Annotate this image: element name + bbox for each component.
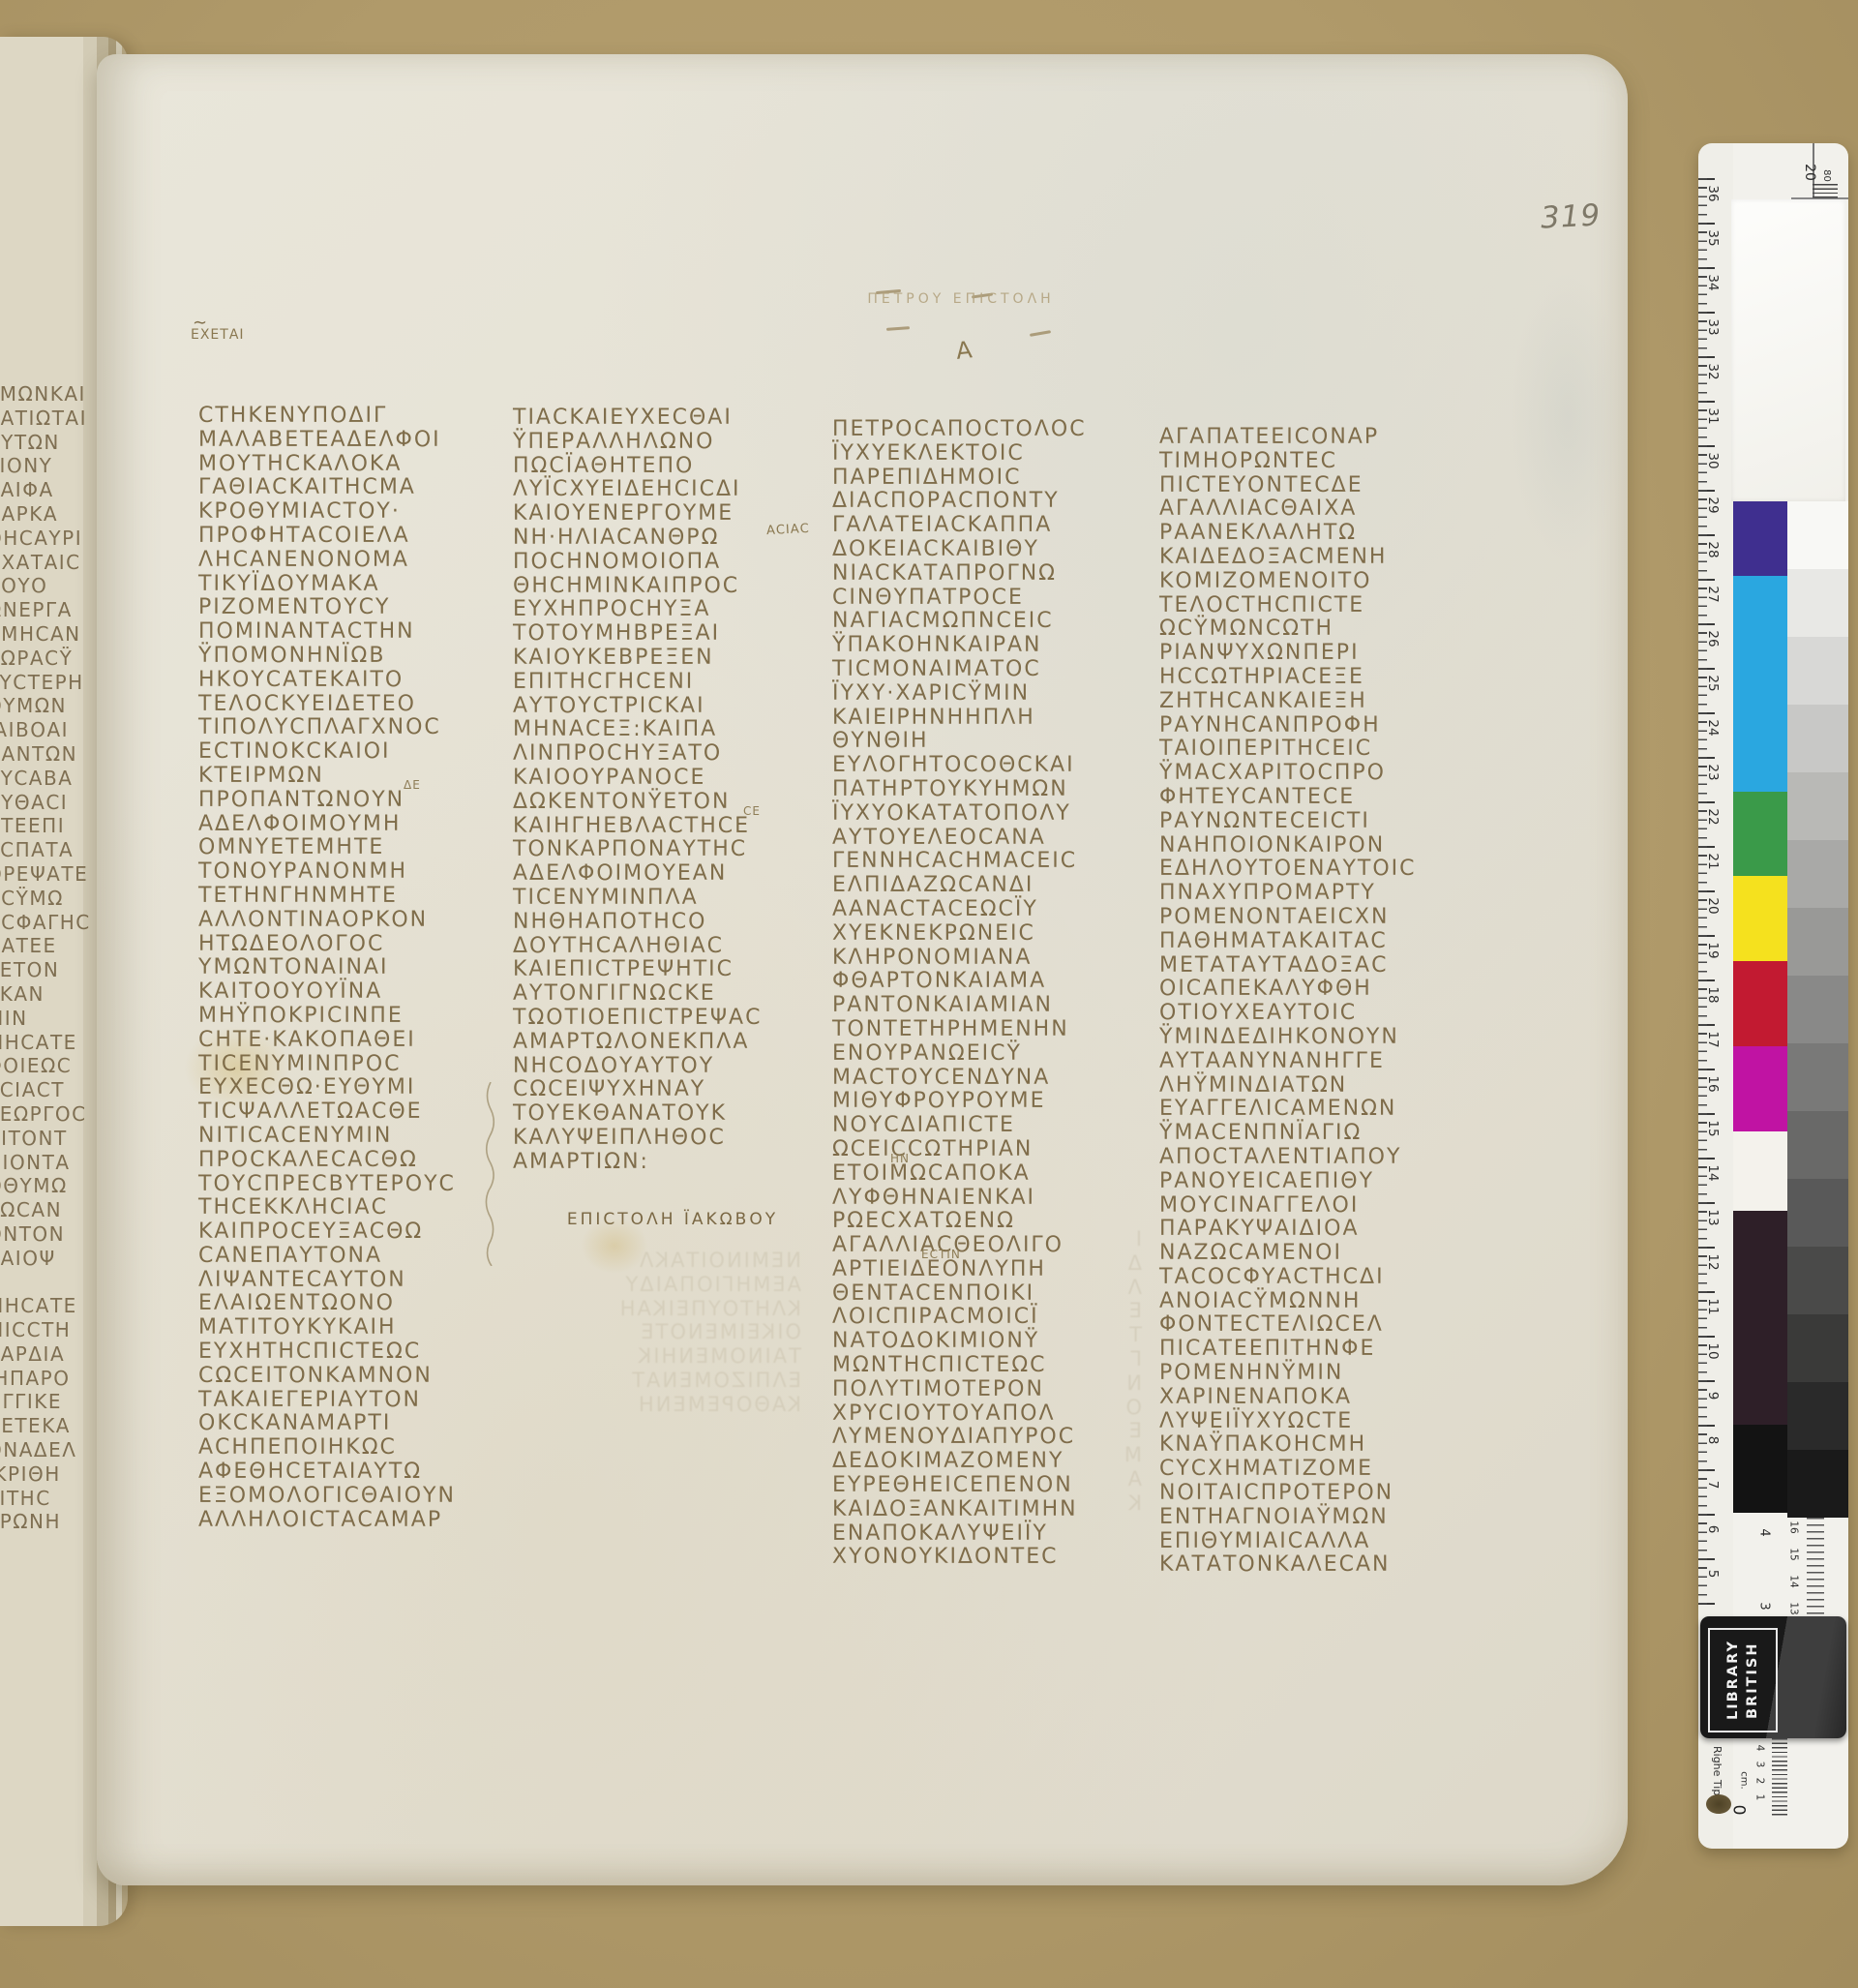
manuscript-line: ΟΙCΑΠΕΚΑΛΥΦΘΗ xyxy=(1159,978,1483,1002)
facing-page-fragment: ΟΝΑΔΕΛ xyxy=(0,1438,85,1462)
manuscript-line: ΕΝΟΥΡΑΝΩΕΙCΫ xyxy=(832,1042,1155,1067)
manuscript-line: ΕΛΑΙΩΕΝΤΩΟΝΟ xyxy=(198,1292,522,1316)
ruler-number: 17 xyxy=(1705,1025,1721,1054)
manuscript-line: ΤΑΙΟΙΠΕΡΙΤΗCΕΙC xyxy=(1159,738,1483,762)
manuscript-line: ΠΑΤΗΡΤΟΥΚΥΗΜΩΝ xyxy=(832,778,1155,802)
facing-page-fragment: ΙΚΡΙΘΗ xyxy=(0,1462,85,1487)
manuscript-line: ΠΝΑΧΥΠΡΟΜΑΡΤΥ xyxy=(1159,882,1483,906)
ruler-number: 31 xyxy=(1705,402,1721,431)
manuscript-line: ΚΑΤΑΤΟΝΚΑΛΕCΑΝ xyxy=(1159,1553,1483,1578)
manuscript-line: ΩCΕΙCCΩΤΗΡΙΑΝ xyxy=(832,1138,1155,1162)
manuscript-line: ΕΠΙΤΗCΓΗCΕΝΙ xyxy=(513,671,836,695)
ruler-number: 29 xyxy=(1705,491,1721,520)
manuscript-line: ΑΜΑΡΤΙΩΝ: xyxy=(513,1151,836,1175)
james-subscription: ΕΠΙCΤΟΛΗ ΪΑΚΩΒΟΥ xyxy=(527,1210,818,1229)
manuscript-line: ΑΥΤΑΑΝΥΝΑΝΗΓΓΕ xyxy=(1159,1050,1483,1074)
ruler-number: 26 xyxy=(1705,624,1721,653)
manuscript-line: ΝΙΤΙCΑCΕΝΥΜΙΝ xyxy=(198,1125,522,1149)
facing-page-fragment: ΠΙΟΝΤΑ xyxy=(0,1151,85,1175)
ghost-line: ΑΕΜΗΓΙΟΠΑΙΔΥ xyxy=(530,1273,801,1297)
library-label-word: LIBRARY xyxy=(1725,1632,1741,1729)
grayscale-step xyxy=(1787,501,1848,569)
text-column-1: CΤΗΚΕΝΥΠΟΔΙΓΜΑΛΑΒΕΤΕΑΔΕΛΦΟΙΜΟΥΤΗCΚΑΛΟΚΑΓ… xyxy=(198,405,522,1532)
facing-page-fragment: ΤΕΤΟΝ xyxy=(0,958,85,982)
ghost-line: ΤΑΙΝΟΜΕΝΗΙΚ xyxy=(530,1344,801,1369)
manuscript-line: ΛΗCΑΝΕΝΟΝΟΜΑ xyxy=(198,549,522,573)
interlinear-correction: CΕ xyxy=(743,804,761,818)
manuscript-line: ΑΠΟCΤΑΛΕΝΤΙΑΠΟΥ xyxy=(1159,1146,1483,1170)
manuscript-line: ΜΩΝΤΗCΠΙCΤΕΩC xyxy=(832,1354,1155,1378)
ruler-number: 19 xyxy=(1705,936,1721,965)
manuscript-line: ΤΙΜΗΟΡΩΝΤΕC xyxy=(1159,450,1483,474)
manuscript-line: ΤΑΚΑΙΕΓΕΡΙΑΥΤΟΝ xyxy=(198,1389,522,1413)
facing-page-fragment: CΑΡΚΑ xyxy=(0,502,85,527)
manuscript-line: ΕΠΙΘΥΜΙΑΙCΑΛΛΑ xyxy=(1159,1530,1483,1554)
manuscript-line: CΑΝΕΠΑΥΤΟΝΑ xyxy=(198,1245,522,1269)
manuscript-line: ΛΥΨΕΙΪΥΧΥΩCΤΕ xyxy=(1159,1410,1483,1434)
manuscript-line: ΜΗΫΠΟΚΡΙCΙΝΠΕ xyxy=(198,1005,522,1029)
facing-page-fragment: ΥΜΩΝΚΑΙ xyxy=(0,382,85,407)
manuscript-line: ΔΕΔΟΚΙΜΑΖΟΜΕΝΥ xyxy=(832,1450,1155,1474)
ghost-letter: Μ xyxy=(1109,1443,1142,1467)
manuscript-line: ΫΜΑCΕΝΠΝΪΑΓΙΩ xyxy=(1159,1122,1483,1146)
grayscale-step xyxy=(1787,1179,1848,1247)
manuscript-line: ΜΙΘΥΦΡΟΥΡΟΥΜΕ xyxy=(832,1090,1155,1114)
grayscale-step xyxy=(1787,1111,1848,1179)
ghost-letter: Τ xyxy=(1109,1323,1142,1347)
bottom-ruler-zero: 0 xyxy=(1728,1805,1748,1816)
manuscript-line: ΡΑΥΝΩΝΤΕCΕΙCΤΙ xyxy=(1159,810,1483,834)
ruler-number: 15 xyxy=(1705,1114,1721,1143)
ghost-letter: Ν xyxy=(1109,1371,1142,1396)
facing-page-fragment: ΚΑΡΔΙΑ xyxy=(0,1342,85,1367)
bleedthrough-text: ΝΕΜΙΝΟΙΤΑΚΛΑΕΜΗΓΙΟΠΑΙΔΥΚΛΗΤΟΥΠΕΙΚΑΗΟΙΚΕΙ… xyxy=(530,1249,801,1417)
ruler-number: 28 xyxy=(1705,535,1721,564)
facing-page-fragment: ΚΑΤΙΩΤΑΙ xyxy=(0,407,85,431)
facing-page-fragment: ΥΚΑΝ xyxy=(0,982,85,1007)
grayscale-step xyxy=(1787,976,1848,1043)
manuscript-line: ΠΙCΑΤΕΕΠΙΤΗΝΦΕ xyxy=(1159,1338,1483,1362)
facing-page-fragment: ΘΗCΑΥΡΙ xyxy=(0,527,85,551)
manuscript-line: ΑΛΛΗΛΟΙCΤΑCΑΜΑΡ xyxy=(198,1509,522,1533)
ruler-number: 36 xyxy=(1705,179,1721,208)
grayscale-step xyxy=(1787,1314,1848,1382)
secondary-number: 14 xyxy=(1788,1575,1800,1587)
facing-page-fragment: ΚΑΙΟΨ xyxy=(0,1247,85,1271)
manuscript-line: ΚΑΙΔΕΔΟΞΑCΜΕΝΗ xyxy=(1159,546,1483,570)
manuscript-line: ΚΑΙΟΥΕΝΕΡΓΟΥΜΕ xyxy=(513,502,836,527)
manuscript-line: ΑΓΑΛΛΙΑCΘΑΙΧΑ xyxy=(1159,497,1483,522)
manuscript-line: ΕΥΑΓΓΕΛΙCΑΜΕΝΩΝ xyxy=(1159,1098,1483,1122)
manuscript-line: CΩCΕΙΨΥΧΗΝΑΥ xyxy=(513,1078,836,1102)
manuscript-line: ΛΥΜΕΝΟΥΔΙΑΠΥΡΟC xyxy=(832,1426,1155,1450)
ghost-line: ΟΙΚΕΙΜΕΝΟΤΕ xyxy=(530,1320,801,1344)
manuscript-line: ΑΡΤΙΕΙΔΕΟΝΛΥΠΗ xyxy=(832,1258,1155,1282)
manuscript-line: ΕΔΗΛΟΥΤΟΕΝΑΥΤΟΙC xyxy=(1159,858,1483,882)
facing-page-fragment: ΔΟΥΟ xyxy=(0,574,85,598)
manuscript-line: ΤΗCΕΚΚΛΗCΙΑC xyxy=(198,1196,522,1220)
ruler-number: 33 xyxy=(1705,313,1721,342)
manuscript-line: ΤΩΟΤΙΟΕΠΙCΤΡΕΨΑC xyxy=(513,1007,836,1031)
manuscript-line: ΝΗΘΗΑΠΟΤΗCΟ xyxy=(513,911,836,935)
manuscript-line: ΪΥΧΥΕΚΛΕΚΤΟΙC xyxy=(832,442,1155,467)
facing-page-fragment: ΦΟΙΕΩC xyxy=(0,1054,85,1078)
manuscript-line: ΠΟΛΥΤΙΜΟΤΕΡΟΝ xyxy=(832,1378,1155,1402)
color-patch xyxy=(1733,576,1787,792)
manuscript-line: ΚΟΜΙΖΟΜΕΝΟΙΤΟ xyxy=(1159,570,1483,594)
facing-page-fragment: ΤΕΩΡΓΟC xyxy=(0,1102,85,1127)
ruler-number: 6 xyxy=(1705,1515,1721,1544)
facing-page-fragment: ΟΥΜΩΝ xyxy=(0,694,85,718)
ruler-number: 16 xyxy=(1705,1069,1721,1099)
facing-page-fragment: ΘΡΕΨΑΤΕ xyxy=(0,862,85,887)
bottom-ruler-ticks xyxy=(1772,1738,1787,1818)
ghost-letter: Ι xyxy=(1109,1227,1142,1251)
color-patch xyxy=(1733,1046,1787,1131)
ruler-number: 22 xyxy=(1705,802,1721,831)
manuscript-line: ΚΑΙΟΟΥΡΑΝΟCΕ xyxy=(513,767,836,791)
manuscript-line: ΝΑΤΟΔΟΚΙΜΙΟΝΫ xyxy=(832,1330,1155,1354)
manuscript-line: ΤΙCΨΑΛΛΕΤΩΑCΘΕ xyxy=(198,1100,522,1125)
grayscale-step xyxy=(1787,772,1848,840)
manuscript-line: ΡΑΥΝΗCΑΝΠΡΟΦΗ xyxy=(1159,714,1483,738)
color-patch xyxy=(1733,961,1787,1046)
ruler-number: 25 xyxy=(1705,669,1721,698)
manuscript-line: ΕΞΟΜΟΛΟΓΙCΘΑΙΟΥΝ xyxy=(198,1485,522,1509)
grayscale-step xyxy=(1787,840,1848,908)
manuscript-line: ΑΥΤΟΥCΤΡΙCΚΑΙ xyxy=(513,695,836,719)
color-patch xyxy=(1733,876,1787,961)
facing-page-fragment: ΑCΦΑΓΗC xyxy=(0,911,85,935)
facing-page-fragment: CΑΝΤΩΝ xyxy=(0,742,85,767)
facing-page-fragment: ΛΥΘΑCΙ xyxy=(0,791,85,815)
manuscript-line: ΩCΫΜΩΝCΩΤΗ xyxy=(1159,617,1483,642)
running-title: ΠΕΤΡΟΥ ΕΠΙCΤΟΛΗ xyxy=(840,291,1082,307)
facing-page-fragment: ΑΤΕΕΠΙ xyxy=(0,814,85,838)
manuscript-line: ΤΕΤΗΝΓΗΝΜΗΤΕ xyxy=(198,885,522,909)
manuscript-line: ΫΠΟΜΟΝΗΝΪΩΒ xyxy=(198,645,522,669)
manuscript-line: ΤΟΤΟΥΜΗΒΡΕΞΑΙ xyxy=(513,622,836,647)
manuscript-line: ΠΑΡΑΚΥΨΑΙΔΙΟΑ xyxy=(1159,1218,1483,1242)
manuscript-line: ΧΥΕΚΝΕΚΡΩΝΕΙC xyxy=(832,922,1155,947)
ruler-number: 13 xyxy=(1705,1203,1721,1232)
facing-page-fragment: ΟΝΤΟΝ xyxy=(0,1222,85,1247)
grayscale-step xyxy=(1787,1450,1848,1518)
british-library-chip: BRITISH LIBRARY xyxy=(1700,1616,1846,1738)
ruler-number: 30 xyxy=(1705,446,1721,475)
manuscript-line: ΝΗCΟΔΟΥΑΥΤΟΥ xyxy=(513,1055,836,1079)
facing-page-fragment: ΚΥCΑΒΑ xyxy=(0,767,85,791)
color-patch xyxy=(1733,792,1787,876)
bottom-ruler-number: 2 xyxy=(1753,1778,1765,1785)
manuscript-line: ΡΑΝΤΟΝΚΑΙΑΜΙΑΝ xyxy=(832,994,1155,1018)
manuscript-line: ΚΛΗΡΟΝΟΜΙΑΝΑ xyxy=(832,947,1155,971)
color-patch xyxy=(1733,1211,1787,1425)
manuscript-line: ΦΘΑΡΤΟΝΚΑΙΑΜΑ xyxy=(832,970,1155,994)
manuscript-line: ΤΙΚΥΪΔΟΥΜΑΚΑ xyxy=(198,573,522,597)
manuscript-line: ΚΑΙΔΟΞΑΝΚΑΙΤΙΜΗΝ xyxy=(832,1498,1155,1522)
manuscript-line: ΤΙΠΟΛΥCΠΛΑΓΧΝΟC xyxy=(198,716,522,740)
ruler-number: 8 xyxy=(1705,1426,1721,1455)
facing-page-line-ends: ΥΜΩΝΚΑΙΚΑΤΙΩΤΑΙΑΥΤΩΝΡΙΟΝΥΚΑΙΦΑCΑΡΚΑΘΗCΑΥ… xyxy=(0,382,85,1534)
manuscript-line: ΕΤΟΙΜΩCΑΠΟΚΑ xyxy=(832,1162,1155,1187)
facing-page-fragment: ΥΡΩΝΗ xyxy=(0,1510,85,1534)
manuscript-line: ΖΗΤΗCΑΝΚΑΙΕΞΗ xyxy=(1159,690,1483,714)
manuscript-line: CΩCΕΙΤΟΝΚΑΜΝΟΝ xyxy=(198,1365,522,1389)
ruler-number: 5 xyxy=(1705,1559,1721,1588)
manuscript-line: ΤΙCΕΝΥΜΙΝΠΛΑ xyxy=(513,887,836,911)
ruler-number: 32 xyxy=(1705,357,1721,386)
grayscale-step xyxy=(1787,1382,1848,1450)
manuscript-line: ΤΟΝΟΥΡΑΝΟΝΜΗ xyxy=(198,860,522,885)
manuscript-line: ΕΥΧΗΤΗCΠΙCΤΕΩC xyxy=(198,1340,522,1365)
manuscript-line: ΤΟΥCΠΡΕCΒΥΤΕΡΟΥC xyxy=(198,1173,522,1197)
manuscript-line: ΠΟCΗΝΟΜΟΙΟΠΑ xyxy=(513,551,836,575)
manuscript-line: ΛΙΝΠΡΟCΗΥΞΑΤΟ xyxy=(513,742,836,767)
secondary-number-large: 3 xyxy=(1757,1602,1772,1610)
manuscript-line: ΜΑΛΑΒΕΤΕΑΔΕΛΦΟΙ xyxy=(198,429,522,453)
manuscript-line: CΤΗΚΕΝΥΠΟΔΙΓ xyxy=(198,405,522,429)
ghost-line: ΚΑΘΟΡΕΜΕΝΗ xyxy=(530,1393,801,1417)
secondary-number-large: 4 xyxy=(1757,1528,1772,1536)
manuscript-line: ΘΥΝΘΙΗ xyxy=(832,730,1155,754)
manuscript-line: ΟΤΙΟΥΧΕΑΥΤΟΙC xyxy=(1159,1002,1483,1026)
facing-page-fragment: ΚΩΡΑCΫ xyxy=(0,647,85,671)
manuscript-line: ΦΟΝΤΕCΤΕΛΙΩCΕΛ xyxy=(1159,1313,1483,1338)
margin-note-squiggle: ∼ xyxy=(193,319,245,327)
secondary-number: 13 xyxy=(1788,1602,1800,1614)
manuscript-line: ΑCΗΠΕΠΟΙΗΚΩC xyxy=(198,1436,522,1461)
grayscale-step xyxy=(1787,1247,1848,1314)
manuscript-line: ΚΑΛΥΨΕΙΠΛΗΘΟC xyxy=(513,1127,836,1151)
ghost-line: ΝΕΜΙΝΟΙΤΑΚΛ xyxy=(530,1249,801,1273)
color-patch xyxy=(1733,1425,1787,1513)
manuscript-line: ΥΜΩΝΤΟΝΑΙΝΑΙ xyxy=(198,956,522,980)
manuscript-line: ΤΟΥΕΚΘΑΝΑΤΟΥΚ xyxy=(513,1102,836,1127)
manuscript-line: ΠΑΘΗΜΑΤΑΚΑΙΤΑC xyxy=(1159,930,1483,954)
coronis-flourish xyxy=(482,1082,499,1270)
facing-page-fragment xyxy=(0,1270,85,1294)
facing-page-fragment: ΑΥΤΩΝ xyxy=(0,431,85,455)
manuscript-line: ΤΟΝΤΕΤΗΡΗΜΕΝΗΝ xyxy=(832,1018,1155,1042)
manuscript-line: ΡΙΑΝΨΥΧΩΝΠΕΡΙ xyxy=(1159,642,1483,666)
ghost-letter: Α xyxy=(1109,1467,1142,1491)
facing-page-fragment: ΚΑΙΦΑ xyxy=(0,478,85,502)
manuscript-photo: ΥΜΩΝΚΑΙΚΑΤΙΩΤΑΙΑΥΤΩΝΡΙΟΝΥΚΑΙΦΑCΑΡΚΑΘΗCΑΥ… xyxy=(0,0,1858,1988)
manuscript-line: ΤΕΛΟCΚΥΕΙΔΕΤΕΟ xyxy=(198,693,522,717)
facing-page-fragment: ΑCΫΜΩ xyxy=(0,887,85,911)
manuscript-line: ΑΔΕΛΦΟΙΜΟΥΕΑΝ xyxy=(513,862,836,887)
manuscript-line: ΦΗΤΕΥCΑΝΤΕCΕ xyxy=(1159,786,1483,810)
manuscript-line: ΡΑΑΝΕΚΛΑΛΗΤΩ xyxy=(1159,522,1483,546)
bottom-ruler-number: 3 xyxy=(1753,1762,1765,1768)
manuscript-line: ΕΛΠΙΔΑΖΩCΑΝΔΙ xyxy=(832,874,1155,898)
manuscript-line: ΟΜΝΥΕΤΕΜΗΤΕ xyxy=(198,836,522,860)
manuscript-line: ΡΟΜΕΝΟΝΤΑΕΙCΧΝ xyxy=(1159,906,1483,930)
manuscript-line: ΤΙCΜΟΝΑΙΜΑΤΟC xyxy=(832,658,1155,682)
manuscript-line: ΚΑΙΟΥΚΕΒΡΕΞΕΝ xyxy=(513,647,836,671)
manuscript-line: ΑΥΤΟΝΓΙΓΝΩCΚΕ xyxy=(513,982,836,1007)
white-reference-card xyxy=(1731,199,1845,501)
manuscript-line: ΑΑΝΑCΤΑCΕΩCΪΥ xyxy=(832,898,1155,922)
facing-page-fragment: ΑΙΤΟΝΤ xyxy=(0,1127,85,1151)
manuscript-line: ΑΦΕΘΗCΕΤΑΙΑΥΤΩ xyxy=(198,1461,522,1485)
manuscript-line: ΘΗCΗΜΙΝΚΑΙΠΡΟC xyxy=(513,575,836,599)
bottom-ruler-number: 4 xyxy=(1753,1745,1765,1752)
ruler-number: 18 xyxy=(1705,980,1721,1009)
grayscale-step xyxy=(1787,1043,1848,1111)
ruler-number: 9 xyxy=(1705,1381,1721,1410)
manuscript-line: ΜΗΝΑCΕΞ:ΚΑΙΠΑ xyxy=(513,718,836,742)
manuscript-line: ΝΑΓΙΑCΜΩΠΝCΕΙC xyxy=(832,610,1155,634)
text-column-2: ΤΙΑCΚΑΙΕΥΧΕCΘΑΙΫΠΕΡΑΛΛΗΛΩΝΟΠΩCΪΑΘΗΤΕΠΟΛΥ… xyxy=(513,407,836,1175)
manuscript-line: ΛΟΙCΠΙΡΑCΜΟΙCΪ xyxy=(832,1306,1155,1330)
manuscript-line: ΑΓΑΛΛΙΑCΘΕΟΛΙΓΟ xyxy=(832,1234,1155,1258)
ruler-number: 34 xyxy=(1705,268,1721,297)
manuscript-line: ΜΕΤΑΤΑΥΤΑΔΟΞΑC xyxy=(1159,954,1483,979)
manuscript-line: ΠΙCΤΕΥΟΝΤΕCΔΕ xyxy=(1159,474,1483,498)
grayscale-step xyxy=(1787,637,1848,705)
manuscript-line: ΡΩΕCΧΑΤΩΕΝΩ xyxy=(832,1210,1155,1234)
manuscript-line: ΑΝΟΙΑCΫΜΩΝΝΗ xyxy=(1159,1290,1483,1314)
manuscript-line: ΝΟΥCΔΙΑΠΙCΤΕ xyxy=(832,1114,1155,1138)
margin-note-echetai: ∼ ΕΧΕΤΑΙ xyxy=(191,319,245,343)
manuscript-line: ΛΗΫΜΙΝΔΙΑΤΩΝ xyxy=(1159,1074,1483,1099)
bleedthrough-strip: ΙΔΛΕΤΓΝΟΕΜΑΚ xyxy=(1109,1227,1142,1516)
coronis-squiggle-svg xyxy=(482,1082,499,1266)
manuscript-line: ΜΟΥΤΗCΚΑΛΟΚΑ xyxy=(198,453,522,477)
manuscript-line: ΑΥΤΟΥΕΛΕΟCΑΝΑ xyxy=(832,827,1155,851)
chapter-numeral: Α xyxy=(955,336,974,365)
manuscript-line: ΔΟΚΕΙΑCΚΑΙΒΙΘΥ xyxy=(832,538,1155,562)
facing-page-fragment: ΟΘΥΜΩ xyxy=(0,1174,85,1198)
manuscript-line: CΙΝΘΥΠΑΤΡΟCΕ xyxy=(832,587,1155,611)
manuscript-line: ΛΥΪCΧΥΕΙΔΕΗCΙCΔΙ xyxy=(513,478,836,502)
manuscript-line: ΚΝΑΫΠΑΚΟΗCΜΗ xyxy=(1159,1433,1483,1458)
manuscript-line: ΫΠΑΚΟΗΝΚΑΙΡΑΝ xyxy=(832,634,1155,658)
manuscript-line: ΓΕΝΝΗCΑCΗΜΑCΕΙC xyxy=(832,850,1155,874)
facing-page-fragment: ΕCΠΑΤΑ xyxy=(0,838,85,862)
manuscript-line: ΕΥΧΗΠΡΟCΗΥΞΑ xyxy=(513,598,836,622)
text-column-3: ΠΕΤΡΟCΑΠΟCΤΟΛΟCΪΥΧΥΕΚΛΕΚΤΟΙCΠΑΡΕΠΙΔΗΜΟΙC… xyxy=(832,418,1155,1570)
facing-page-fragment: ΜΙΝ xyxy=(0,1007,85,1031)
facing-page-fragment: ΡΙΟΝΥ xyxy=(0,454,85,478)
manuscript-line: ΠΑΡΕΠΙΔΗΜΟΙC xyxy=(832,467,1155,491)
margin-note-text: ΕΧΕΤΑΙ xyxy=(191,327,245,343)
manuscript-line: ΚΑΙΗΓΗΕΒΛΑCΤΗCΕ xyxy=(513,815,836,839)
manuscript-line: ΕΝΤΗΑΓΝΟΙΑΫΜΩΝ xyxy=(1159,1506,1483,1530)
facing-page-fragment: ΙΑΙΒΟΑΙ xyxy=(0,718,85,742)
secondary-number: 15 xyxy=(1788,1548,1800,1560)
manuscript-line: ΑΓΑΠΑΤΕΕΙCΟΝΑΡ xyxy=(1159,426,1483,450)
facing-page-fragment: ΖΕΤΕΚΑ xyxy=(0,1414,85,1438)
manuscript-line: ΔΩΚΕΝΤΟΝΫΕΤΟΝ xyxy=(513,791,836,815)
manuscript-line: ΚΡΟΘΥΜΙΑCΤΟΥ· xyxy=(198,500,522,525)
facing-page-fragment: ΩΝΕΡΓΑ xyxy=(0,598,85,622)
facing-page-fragment: ΜΙCCΤΗ xyxy=(0,1318,85,1342)
ghost-letter: Ε xyxy=(1109,1299,1142,1323)
manuscript-line: ΝΙΑCΚΑΤΑΠΡΟΓΝΩ xyxy=(832,562,1155,587)
facing-page-fragment: CΧΑΤΑΙC xyxy=(0,551,85,575)
ruler-number: 12 xyxy=(1705,1248,1721,1277)
manuscript-line: ΧΥΟΝΟΥΚΙΔΟΝΤΕC xyxy=(832,1546,1155,1570)
top-scale-number: 20 xyxy=(1802,164,1817,181)
ghost-line: ΚΛΗΤΟΥΠΕΙΚΑΗ xyxy=(530,1297,801,1321)
manuscript-line: ΑΔΕΛΦΟΙΜΟΥΜΗ xyxy=(198,813,522,837)
manuscript-line: ΠΡΟΦΗΤΑCΟΙΕΛΑ xyxy=(198,525,522,549)
manuscript-line: ΕΥΧΕCΘΩ·ΕΥΘΥΜΙ xyxy=(198,1076,522,1100)
manuscript-line: ΛΙΨΑΝΤΕCΑΥΤΟΝ xyxy=(198,1269,522,1293)
manuscript-line: ΧΑΡΙΝΕΝΑΠΟΚΑ xyxy=(1159,1386,1483,1410)
manuscript-line: ΑΜΑΡΤΩΛΟΝΕΚΠΛΑ xyxy=(513,1031,836,1055)
manuscript-line: ΑΛΛΟΝΤΙΝΑΟΡΚΟΝ xyxy=(198,909,522,933)
ruler-number: 27 xyxy=(1705,580,1721,609)
facing-page-fragment: ΡΙΤΗC xyxy=(0,1487,85,1511)
manuscript-line: ΕΝΑΠΟΚΑΛΥΨΕΙΪΥ xyxy=(832,1522,1155,1547)
manuscript-line: ΤΙΑCΚΑΙΕΥΧΕCΘΑΙ xyxy=(513,407,836,431)
bottom-ruler-number: 1 xyxy=(1753,1794,1765,1801)
manuscript-line: ΝΟΙΤΑΙCΠΡΟΤΕΡΟΝ xyxy=(1159,1482,1483,1506)
manuscript-line: ΝΑΗΠΟΙΟΝΚΑΙΡΟΝ xyxy=(1159,834,1483,858)
ghost-letter: Κ xyxy=(1109,1491,1142,1516)
manuscript-line: ΚΑΙΕΙΡΗΝΗΗΠΛΗ xyxy=(832,707,1155,731)
manuscript-line: ΧΡΥCΙΟΥΤΟΥΑΠΟΛ xyxy=(832,1402,1155,1427)
library-label-word: BRITISH xyxy=(1745,1632,1760,1729)
ghost-letter: Ο xyxy=(1109,1396,1142,1420)
manuscript-line: ΠΡΟΠΑΝΤΩΝΟΥΝ xyxy=(198,789,522,813)
manuscript-line: ΤΕΛΟCΤΗCΠΙCΤΕ xyxy=(1159,594,1483,618)
facing-page-fragment: ΑΜΗCΑΝ xyxy=(0,622,85,647)
ruler-number: 20 xyxy=(1705,891,1721,920)
manuscript-line: CΥCΧΗΜΑΤΙΖΟΜΕ xyxy=(1159,1458,1483,1482)
manuscript-line: ΠΕΤΡΟCΑΠΟCΤΟΛΟC xyxy=(832,418,1155,442)
text-column-4: ΑΓΑΠΑΤΕΕΙCΟΝΑΡΤΙΜΗΟΡΩΝΤΕCΠΙCΤΕΥΟΝΤΕCΔΕΑΓ… xyxy=(1159,426,1483,1578)
color-calibration-bar: 3635343332313029282726252423222120191817… xyxy=(1698,143,1848,1849)
manuscript-line: ΕCΤΙΝΟΚCΚΑΙΟΙ xyxy=(198,740,522,765)
manuscript-line: ΡΑΝΟΥΕΙCΑΕΠΙΘΥ xyxy=(1159,1170,1483,1194)
secondary-scale-ticks xyxy=(1807,1518,1824,1632)
manuscript-line: ΚΑΙΠΡΟCΕΥΞΑCΘΩ xyxy=(198,1220,522,1245)
interlinear-correction: ΗΝ xyxy=(890,1152,910,1165)
ghost-letter: Λ xyxy=(1109,1276,1142,1300)
ghost-letter: Δ xyxy=(1109,1251,1142,1276)
manuscript-line: ΡΟΜΕΝΗΝΫΜΙΝ xyxy=(1159,1362,1483,1386)
grayscale-step xyxy=(1787,908,1848,976)
manuscript-line: ΓΑΘΙΑCΚΑΙΤΗCΜΑ xyxy=(198,476,522,500)
ruler-number: 14 xyxy=(1705,1159,1721,1188)
facing-page-fragment: ΥCΙΑCΤ xyxy=(0,1078,85,1102)
ruler-number: 7 xyxy=(1705,1470,1721,1499)
grayscale-step xyxy=(1787,705,1848,772)
manuscript-line: ΫΜΑCΧΑΡΙΤΟCΠΡΟ xyxy=(1159,762,1483,786)
manuscript-line: ΚΑΙΕΠΙCΤΡΕΨΗΤΙC xyxy=(513,958,836,982)
bottom-ruler-unit: cm. xyxy=(1739,1771,1750,1789)
manuscript-line: ΕΥΡΕΘΗΕΙCΕΠΕΝΟΝ xyxy=(832,1474,1155,1498)
manuscript-line: ΗCCΩΤΗΡΙΑCΕΞΕ xyxy=(1159,666,1483,690)
manuscript-line: ΤΙCΕΝΥΜΙΝΠΡΟC xyxy=(198,1053,522,1077)
ghost-letter: Γ xyxy=(1109,1347,1142,1371)
manuscript-line: ΔΙΑCΠΟΡΑCΠΟΝΤΥ xyxy=(832,490,1155,514)
manuscript-line: ΠΩCΪΑΘΗΤΕΠΟ xyxy=(513,455,836,479)
ruler-number: 21 xyxy=(1705,847,1721,876)
manuscript-line: ΓΑΛΑΤΕΙΑCΚΑΠΠΑ xyxy=(832,514,1155,538)
manuscript-line: ΝΗ·ΗΛΙΑCΑΝΘΡΩ xyxy=(513,527,836,551)
ruler-number: 24 xyxy=(1705,713,1721,742)
manuscript-line: ΫΠΕΡΑΛΛΗΛΩΝΟ xyxy=(513,431,836,455)
manuscript-line: ΗΤΩΔΕΟΛΟΓΟC xyxy=(198,933,522,957)
manuscript-line: ΡΙΖΟΜΕΝΤΟΥCΥ xyxy=(198,596,522,620)
interlinear-correction: ΔΕ xyxy=(404,778,421,792)
